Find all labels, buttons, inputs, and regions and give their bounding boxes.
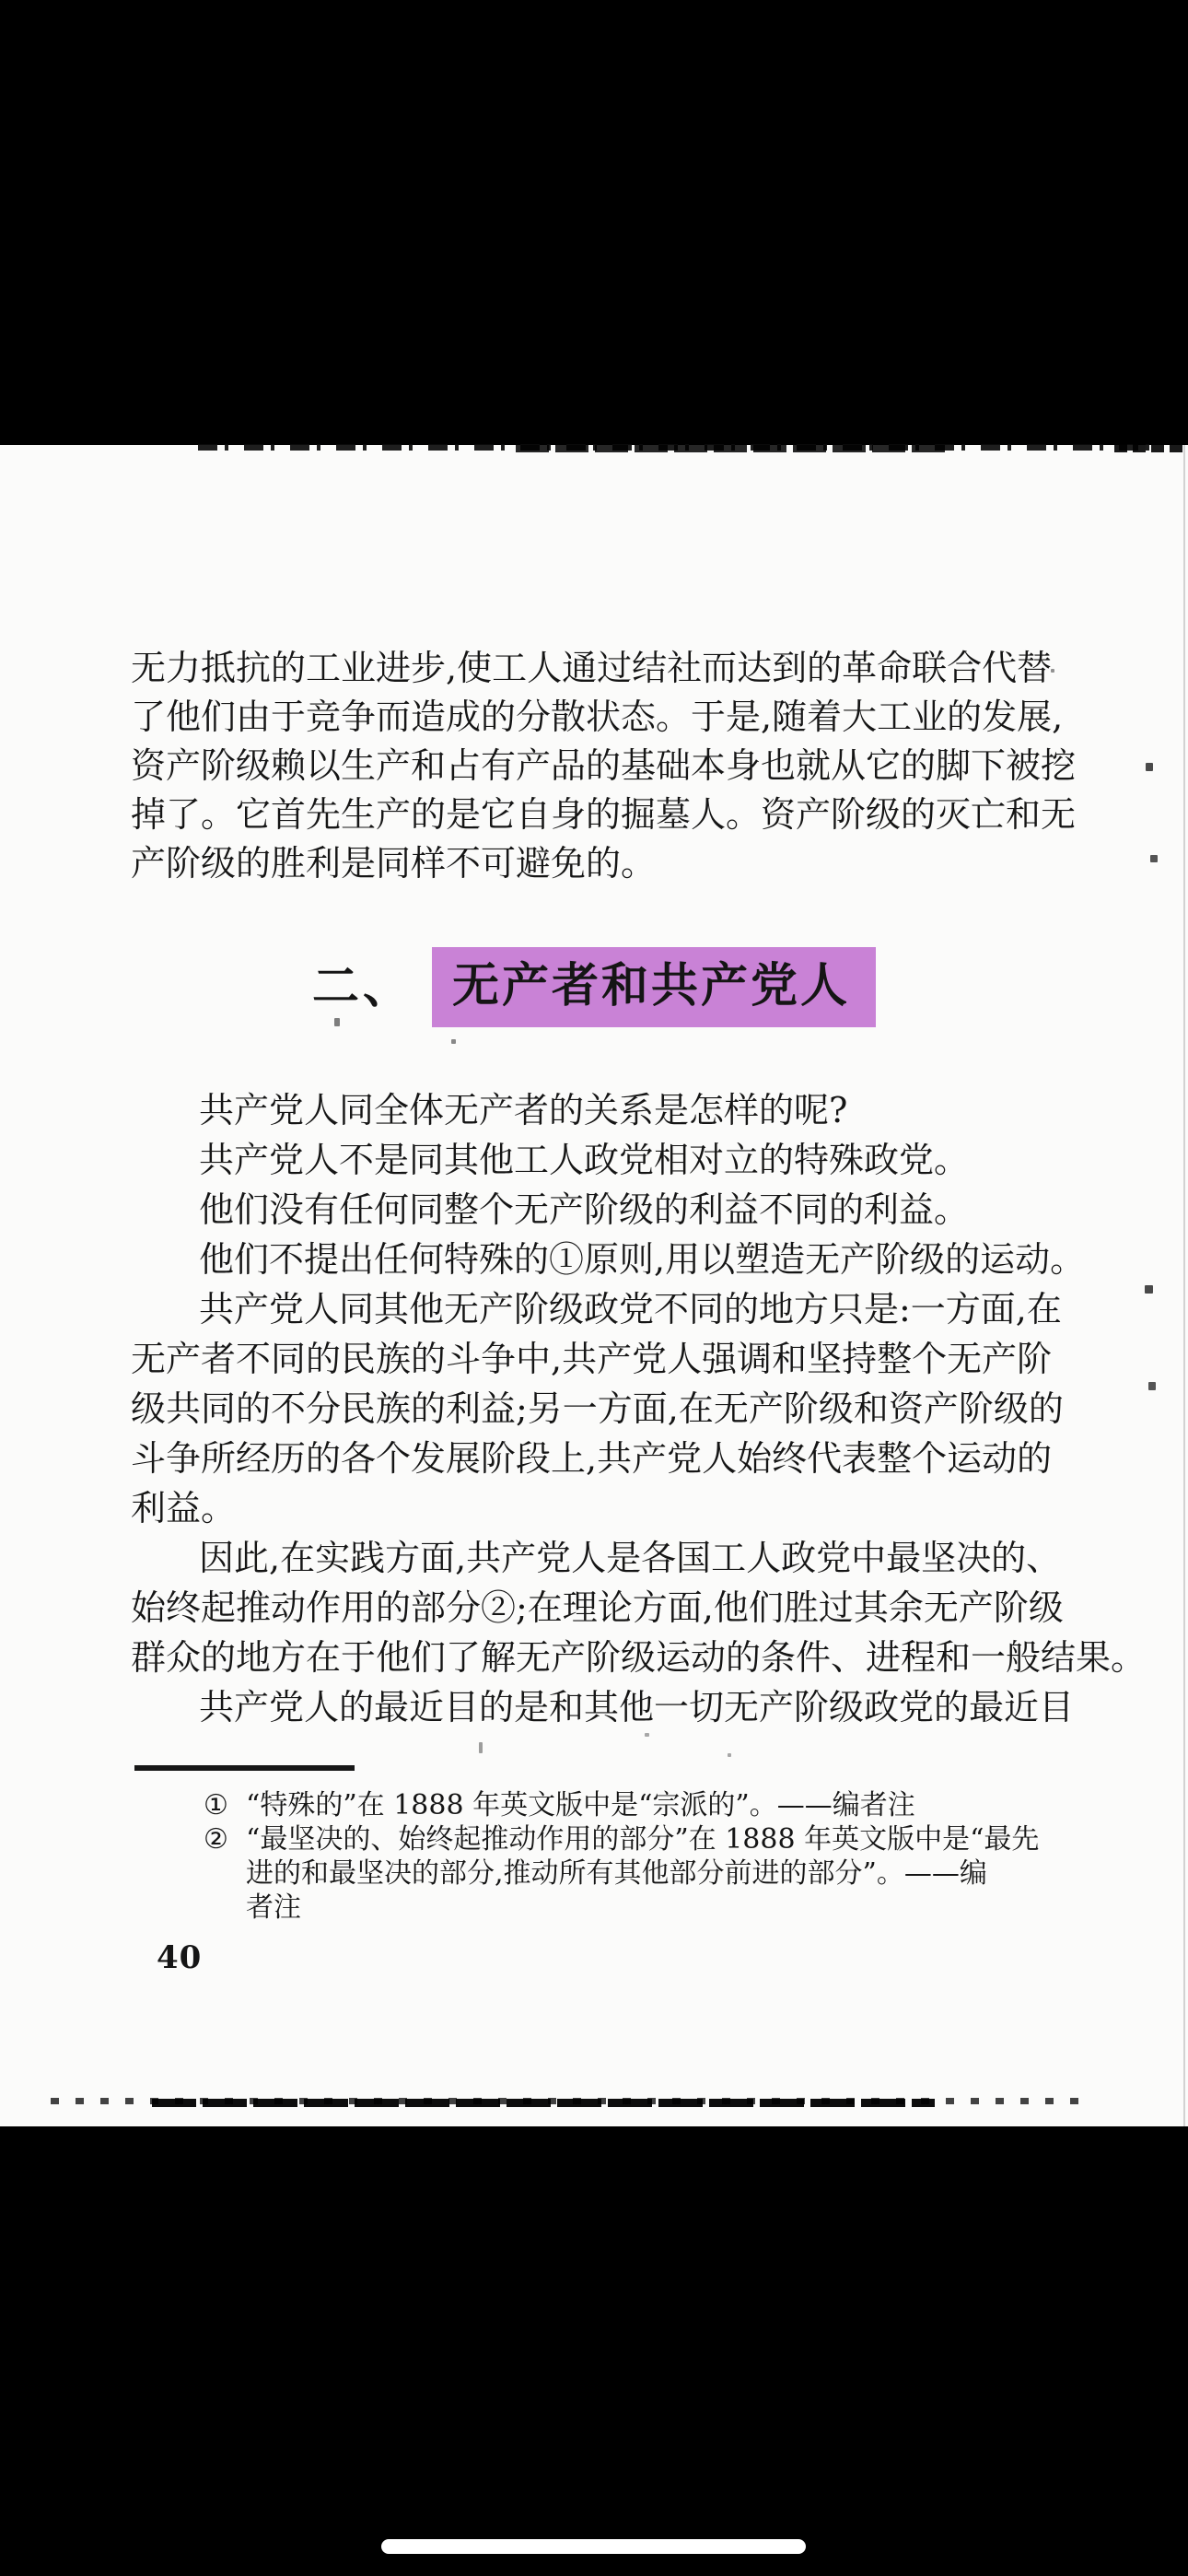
footnote-text: “特殊的”在 1888 年英文版中是“宗派的”。——编者注 bbox=[246, 1789, 915, 1821]
footnote-marker: ② bbox=[204, 1822, 246, 1856]
footnote-marker: ① bbox=[204, 1788, 246, 1822]
footnote-text: 者注 bbox=[246, 1891, 301, 1924]
text-line: 级共同的不分民族的利益;另一方面,在无产阶级和资产阶级的 bbox=[131, 1384, 1146, 1434]
scan-edge-bottom bbox=[152, 2099, 935, 2107]
ink-speck bbox=[645, 1733, 649, 1737]
footnote-line: 进的和最坚决的部分,推动所有其他部分前进的部分”。——编 bbox=[204, 1856, 1039, 1891]
text-line: 始终起推动作用的部分②;在理论方面,他们胜过其余无产阶级 bbox=[131, 1583, 1146, 1633]
text-line: 资产阶级赖以生产和占有产品的基础本身也就从它的脚下被挖 bbox=[131, 742, 1076, 790]
text-line: 无产者不同的民族的斗争中,共产党人强调和坚持整个无产阶 bbox=[131, 1334, 1146, 1384]
home-indicator[interactable] bbox=[381, 2539, 806, 2554]
page-number: 40 bbox=[157, 1939, 202, 1976]
text-line: 斗争所经历的各个发展阶段上,共产党人始终代表整个运动的 bbox=[131, 1434, 1146, 1483]
scan-edge-top bbox=[1114, 444, 1183, 452]
text-line: 共产党人同全体无产者的关系是怎样的呢? bbox=[131, 1085, 1146, 1135]
section-title-highlight[interactable]: 无产者和共产党人 bbox=[432, 947, 876, 1027]
body-block: 共产党人同全体无产者的关系是怎样的呢? 共产党人不是同其他工人政党相对立的特殊政… bbox=[131, 1085, 1146, 1732]
footnote-text: “最坚决的、始终起推动作用的部分”在 1888 年英文版中是“最先 bbox=[246, 1823, 1039, 1856]
paragraph-block: 无力抵抗的工业进步,使工人通过结社而达到的革命联合代替 了他们由于竞争而造成的分… bbox=[131, 644, 1076, 888]
ink-speck bbox=[1146, 763, 1153, 771]
text-line: 产阶级的胜利是同样不可避免的。 bbox=[131, 839, 1076, 888]
text-line: 共产党人的最近目的是和其他一切无产阶级政党的最近目 bbox=[131, 1682, 1146, 1732]
ink-speck bbox=[1148, 1382, 1156, 1390]
footnote-line: 者注 bbox=[204, 1891, 1039, 1925]
ink-speck bbox=[479, 1742, 483, 1753]
ink-speck bbox=[1051, 669, 1054, 673]
footnote-line: ①“特殊的”在 1888 年英文版中是“宗派的”。——编者注 bbox=[204, 1788, 1039, 1822]
text-line: 无力抵抗的工业进步,使工人通过结社而达到的革命联合代替 bbox=[131, 644, 1076, 693]
text-line: 共产党人不是同其他工人政党相对立的特殊政党。 bbox=[131, 1135, 1146, 1185]
footnote-block: ①“特殊的”在 1888 年英文版中是“宗派的”。——编者注 ②“最坚决的、始终… bbox=[204, 1788, 1039, 1925]
footnote-text: 进的和最坚决的部分,推动所有其他部分前进的部分”。——编 bbox=[246, 1857, 987, 1890]
section-title-row: 二、 无产者和共产党人 bbox=[0, 947, 1188, 1027]
ink-speck bbox=[1150, 855, 1158, 862]
text-line: 因此,在实践方面,共产党人是各国工人政党中最坚决的、 bbox=[131, 1533, 1146, 1583]
text-line: 他们没有任何同整个无产阶级的利益不同的利益。 bbox=[131, 1185, 1146, 1235]
text-line: 群众的地方在于他们了解无产阶级运动的条件、进程和一般结果。 bbox=[131, 1633, 1146, 1682]
phone-screen: 无力抵抗的工业进步,使工人通过结社而达到的革命联合代替 了他们由于竞争而造成的分… bbox=[0, 0, 1188, 2576]
ink-speck bbox=[334, 1018, 340, 1026]
scan-edge-top bbox=[516, 445, 949, 452]
top-black-bar bbox=[0, 0, 1188, 445]
book-page[interactable]: 无力抵抗的工业进步,使工人通过结社而达到的革命联合代替 了他们由于竞争而造成的分… bbox=[0, 445, 1188, 2126]
text-line: 掉了。它首先生产的是它自身的掘墓人。资产阶级的灭亡和无 bbox=[131, 790, 1076, 839]
bottom-black-bar bbox=[0, 2126, 1188, 2576]
text-line: 利益。 bbox=[131, 1483, 1146, 1533]
ink-speck bbox=[728, 1753, 731, 1757]
footnote-line: ②“最坚决的、始终起推动作用的部分”在 1888 年英文版中是“最先 bbox=[204, 1822, 1039, 1856]
scan-page-edge bbox=[1183, 445, 1185, 2126]
ink-speck bbox=[1145, 1285, 1153, 1294]
text-line: 他们不提出任何特殊的①原则,用以塑造无产阶级的运动。 bbox=[131, 1235, 1146, 1284]
section-number: 二、 bbox=[312, 961, 413, 1013]
text-line: 了他们由于竞争而造成的分散状态。于是,随着大工业的发展, bbox=[131, 693, 1076, 742]
ink-speck bbox=[451, 1039, 456, 1044]
footnote-divider-rule bbox=[134, 1765, 355, 1771]
text-line: 共产党人同其他无产阶级政党不同的地方只是:一方面,在 bbox=[131, 1284, 1146, 1334]
